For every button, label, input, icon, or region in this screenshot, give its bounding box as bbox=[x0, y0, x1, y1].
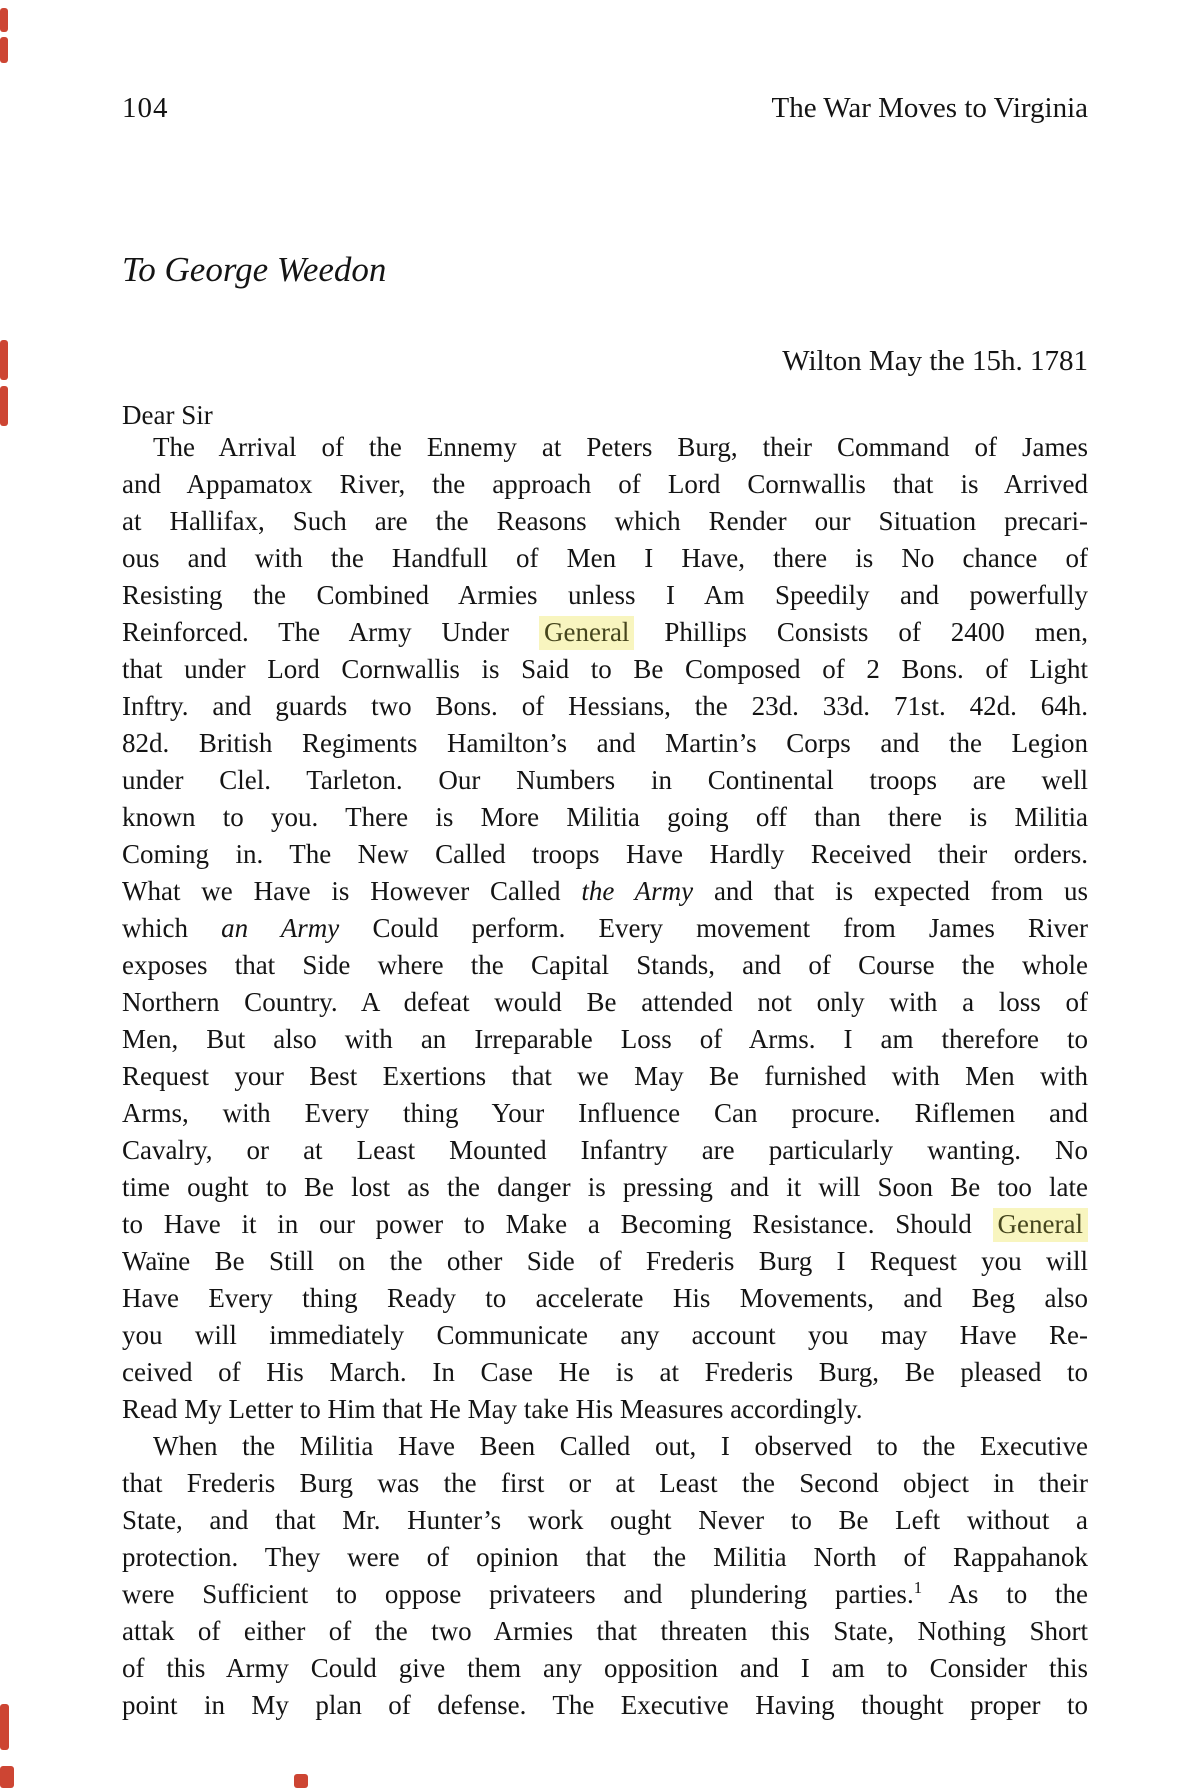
letter-line: 82d. British Regiments Hamilton’s and Ma… bbox=[122, 725, 1088, 762]
letter-line: Waïne Be Still on the other Side of Fred… bbox=[122, 1243, 1088, 1280]
letter-line: time ought to Be lost as the danger is p… bbox=[122, 1169, 1088, 1206]
footnote-marker: 1 bbox=[914, 1578, 922, 1597]
letter-line: What we Have is However Called the Army … bbox=[122, 873, 1088, 910]
letter-line: protection. They were of opinion that th… bbox=[122, 1539, 1088, 1576]
letter-line: Cavalry, or at Least Mounted Infantry ar… bbox=[122, 1132, 1088, 1169]
letter-line: under Clel. Tarleton. Our Numbers in Con… bbox=[122, 762, 1088, 799]
salutation: Dear Sir bbox=[122, 398, 213, 432]
letter-line: exposes that Side where the Capital Stan… bbox=[122, 947, 1088, 984]
letter-line: ceived of His March. In Case He is at Fr… bbox=[122, 1354, 1088, 1391]
letter-line: ous and with the Handfull of Men I Have,… bbox=[122, 540, 1088, 577]
red-edge-mark bbox=[0, 1766, 14, 1788]
letter-line: Read My Letter to Him that He May take H… bbox=[122, 1391, 1088, 1428]
letter-line: When the Militia Have Been Called out, I… bbox=[122, 1428, 1088, 1465]
page-number: 104 bbox=[122, 92, 169, 124]
italic-phrase: an Army bbox=[221, 913, 339, 943]
red-edge-mark bbox=[0, 37, 8, 63]
letter-line: Have Every thing Ready to accelerate His… bbox=[122, 1280, 1088, 1317]
dateline: Wilton May the 15h. 1781 bbox=[782, 344, 1088, 378]
letter-line: that Frederis Burg was the first or at L… bbox=[122, 1465, 1088, 1502]
letter-line: Arms, with Every thing Your Influence Ca… bbox=[122, 1095, 1088, 1132]
letter-line: which an Army Could perform. Every movem… bbox=[122, 910, 1088, 947]
letter-line: at Hallifax, Such are the Reasons which … bbox=[122, 503, 1088, 540]
letter-line: State, and that Mr. Hunter’s work ought … bbox=[122, 1502, 1088, 1539]
letter-line: Resisting the Combined Armies unless I A… bbox=[122, 577, 1088, 614]
letter-line: Request your Best Exertions that we May … bbox=[122, 1058, 1088, 1095]
letter-heading: To George Weedon bbox=[122, 250, 386, 290]
highlighted-word: General bbox=[993, 1208, 1088, 1242]
letter-body: The Arrival of the Ennemy at Peters Burg… bbox=[122, 429, 1088, 1724]
letter-line: point in My plan of defense. The Executi… bbox=[122, 1687, 1088, 1724]
red-edge-mark bbox=[0, 8, 8, 32]
red-edge-mark bbox=[0, 1704, 9, 1750]
letter-line: were Sufficient to oppose privateers and… bbox=[122, 1576, 1088, 1613]
letter-line: Reinforced. The Army Under General Phill… bbox=[122, 614, 1088, 651]
letter-line: Men, But also with an Irreparable Loss o… bbox=[122, 1021, 1088, 1058]
red-edge-mark bbox=[0, 340, 8, 380]
red-edge-mark bbox=[294, 1774, 308, 1788]
running-header: The War Moves to Virginia bbox=[772, 92, 1089, 124]
letter-line: Northern Country. A defeat would Be atte… bbox=[122, 984, 1088, 1021]
letter-line: attak of either of the two Armies that t… bbox=[122, 1613, 1088, 1650]
letter-line: to Have it in our power to Make a Becomi… bbox=[122, 1206, 1088, 1243]
letter-line: known to you. There is More Militia goin… bbox=[122, 799, 1088, 836]
highlighted-word: General bbox=[539, 616, 634, 650]
red-edge-mark bbox=[0, 386, 8, 426]
letter-line: Inftry. and guards two Bons. of Hessians… bbox=[122, 688, 1088, 725]
book-page: 104 The War Moves to Virginia To George … bbox=[0, 0, 1202, 1788]
letter-line: The Arrival of the Ennemy at Peters Burg… bbox=[122, 429, 1088, 466]
letter-line: you will immediately Communicate any acc… bbox=[122, 1317, 1088, 1354]
letter-line: of this Army Could give them any opposit… bbox=[122, 1650, 1088, 1687]
letter-line: Coming in. The New Called troops Have Ha… bbox=[122, 836, 1088, 873]
letter-line: that under Lord Cornwallis is Said to Be… bbox=[122, 651, 1088, 688]
letter-line: and Appamatox River, the approach of Lor… bbox=[122, 466, 1088, 503]
italic-phrase: the Army bbox=[581, 876, 693, 906]
